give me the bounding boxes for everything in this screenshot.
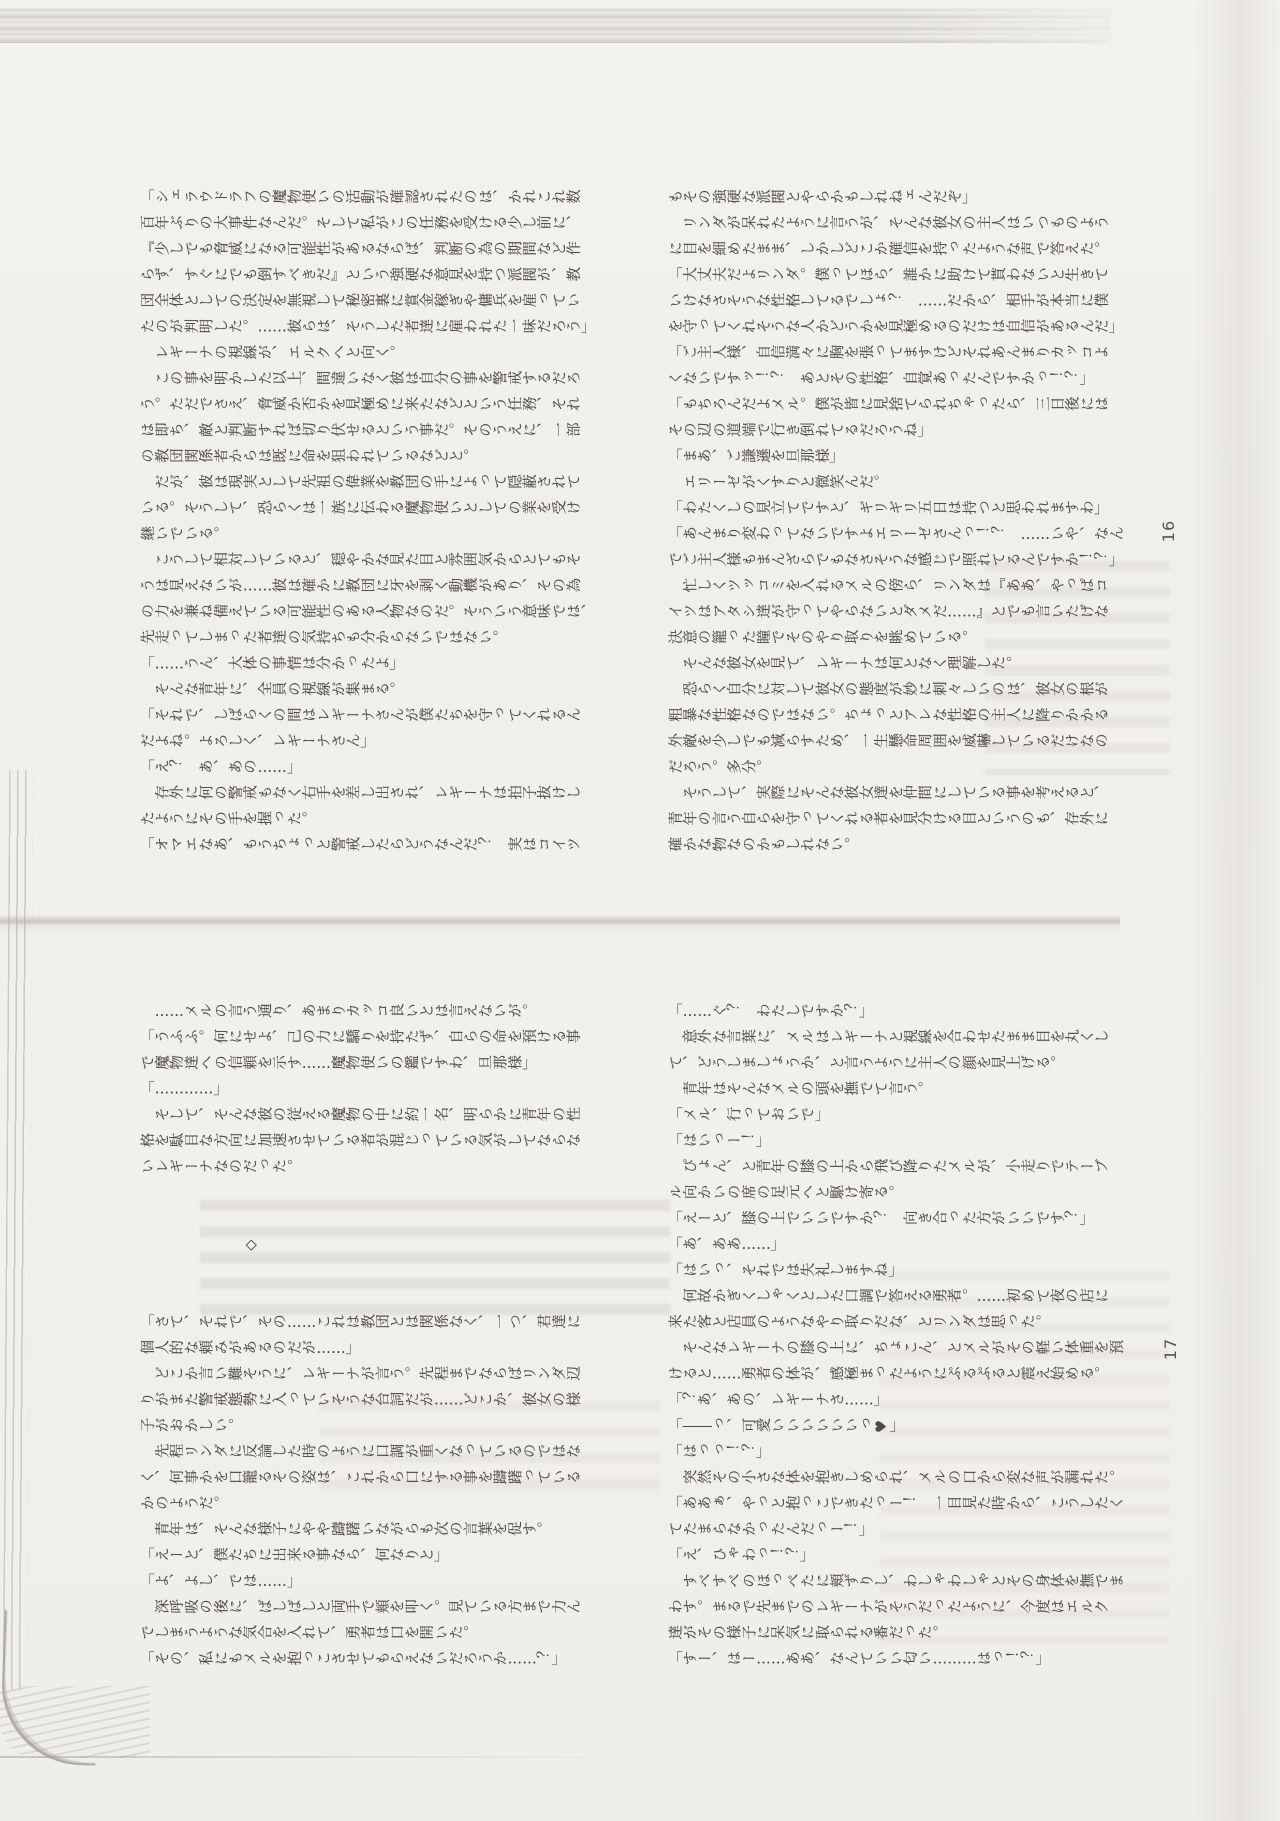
text-column-line: 「すー、はー……ああ、なんていい匂い………はっ！？」 xyxy=(668,1648,1158,1674)
text-column-line xyxy=(140,1207,660,1233)
text-column-line: うは見えないが……彼は確かに教団に牙を剥く動機があり、その為 xyxy=(140,575,660,601)
text-column-line: たようにその手を握った。 xyxy=(140,808,660,834)
text-column-line: 「よ、よし、では……」 xyxy=(140,1570,660,1596)
text-column-line: 「もちろんだよメル。僕が皆に見捨てられちゃったら、三日後には xyxy=(668,393,1158,419)
text-column-line: 「うふふ。何にせよ、己の力に驕りを持たず、自らの命を預ける事 xyxy=(140,1026,660,1052)
text-column-line: すべすべのほっぺたに頬ずりし、わしゃわしゃとその身体を撫でま xyxy=(668,1570,1158,1596)
text-column-line: 団全体としての決定を無視して秘密裏に賞金稼ぎや傭兵を雇ってい xyxy=(140,290,660,316)
text-column-line: この事を明かした以上、間違いなく彼は自分の事を警戒するだろ xyxy=(140,367,660,393)
text-column-line: イツはアタシ達が守ってやらないとダメだ……』とでも言いたげな xyxy=(668,601,1158,627)
text-column-line: 突然その小さな体を抱きしめられ、メルの口から変な声が漏れた。 xyxy=(668,1466,1158,1492)
page17-lower-dan-columns: 「……ぐ？ わたしですか？」 意外な言葉に、メルはレギーナと視線を合わせたまま目… xyxy=(668,1000,1158,1674)
text-column-line: もその強硬な派閥とやらかもしれねェんだぞ」 xyxy=(668,186,1158,212)
text-column-line: 『少しでも脅威になる可能性があるならば、判断の為の期間など作 xyxy=(140,238,660,264)
text-column-line: こうして相対していると、穏やかな見た目と雰囲気からとてもそ xyxy=(140,549,660,575)
text-column-line: 「メル、行っておいで」 xyxy=(668,1104,1158,1130)
text-column-line: 先程リンダに反論した時のように口調が重くなっているのではな xyxy=(140,1440,660,1466)
text-column-line: ◇ xyxy=(140,1233,660,1259)
text-column-line: らず、すぐにでも倒すべきだ』という強硬な意見を持つ派閥が、教 xyxy=(140,264,660,290)
text-column-line: かのようだ。 xyxy=(140,1492,660,1518)
text-column-line: 外敵を少しでも減らすため、一生懸命周囲を威嚇しているだけなの xyxy=(668,730,1158,756)
text-column-line: 個人的な頼みがあるのだが……」 xyxy=(140,1337,660,1363)
text-column-line: 何故かぎくしゃくとした口調で答える勇者。……初めて夜の店に xyxy=(668,1285,1158,1311)
text-column-line: 「ああぁ、やっと抱っこできたっー！ 一目見た時から、こうしたく xyxy=(668,1492,1158,1518)
page-number-16: 16 xyxy=(1155,515,1181,547)
text-column-line: 忙しくツッコミを入れるメルの傍ら、リンダは『ああ、やっぱコ xyxy=(668,575,1158,601)
text-column-line: 存外に何の警戒もなく右手を差し出され、レギーナは拍子抜けし xyxy=(140,782,660,808)
text-column-line: たのが判明した。……彼らは、そうした者達に雇われた一味だろう」 xyxy=(140,316,660,342)
text-column-line: 「はいっー！」 xyxy=(668,1130,1158,1156)
page-stack-lines-left xyxy=(3,770,33,1690)
text-column-line: だろう。多分。 xyxy=(668,756,1158,782)
page16-upper-dan-columns: 「シェラウドラフの魔物使いの活動が確認されたのは、かれこれ数百年ぶりの大事件なん… xyxy=(140,186,660,860)
text-column-line: 意外な言葉に、メルはレギーナと視線を合わせたまま目を丸くし xyxy=(668,1026,1158,1052)
text-column-line: 深呼吸の後に、ばしばしと両手で頬を叩く。見ている方まで力ん xyxy=(140,1596,660,1622)
page-stack-corner-stripes xyxy=(0,1686,150,1758)
text-column-line: そうして、実際にそんな彼女達を仲間にしている事を考えると、 xyxy=(668,782,1158,808)
text-column-line: 「オマエなあ、もうちょっと警戒したらどうなんだ？ 実はコイツ xyxy=(140,834,660,860)
text-column-line: てたまらなかったんだっー！」 xyxy=(668,1518,1158,1544)
text-column-line: 「それで、しばらくの間はレギーナさんが僕たちを守ってくれるん xyxy=(140,704,660,730)
text-column-line: 青年は、そんな様子にやや躊躇いながらも次の言葉を促す。 xyxy=(140,1518,660,1544)
text-column-line: 「あんまり変わってないですよエリーゼさんっ！？ ……いや、なん xyxy=(668,523,1158,549)
page17-upper-dan-text: ……メルの言う通り、あまりカッコ良いとは言えないが。「うふふ。何にせよ、己の力に… xyxy=(140,1000,660,1674)
text-column-line: 達がその様子に呆気に取られる番だった。 xyxy=(668,1622,1158,1648)
text-column-line: わす。まるで先までのレギーナがそうだったように、今度はエルク xyxy=(668,1596,1158,1622)
text-column-line: 「？あ、あの、レギーナさ……」 xyxy=(668,1389,1158,1415)
text-column-line: だよね。よろしく、レギーナさん」 xyxy=(140,730,660,756)
page-fold-shadow xyxy=(0,914,1120,932)
text-column-line: でしまうような気合を入れて、勇者は口を開いた。 xyxy=(140,1622,660,1648)
text-column-line: リンダが呆れたように言うが、そんな彼女の主人はいつものよう xyxy=(668,212,1158,238)
text-column-line: 格を駄目な方向に加速させている者が混じっている気がしてならな xyxy=(140,1130,660,1156)
text-column-line: 来た客と店員のようなやり取りだな、とリンダは思った。 xyxy=(668,1311,1158,1337)
page-number-17: 17 xyxy=(1157,1333,1183,1365)
text-column-line: ぴょん、と青年の膝の上から飛び降りたメルが、小走りでテーブ xyxy=(668,1155,1158,1181)
text-column-line: 「さて、それで、その……これは教団とは関係なく、一つ、君達に xyxy=(140,1311,660,1337)
text-column-line: 「はいっ、それでは失礼しますね」 xyxy=(668,1259,1158,1285)
text-column-line: レギーナの視線が、エルクへと向く。 xyxy=(140,341,660,367)
text-column-line: 「――っ、可愛いいいいいいっ♥」 xyxy=(668,1415,1158,1441)
text-column-line: ……メルの言う通り、あまりカッコ良いとは言えないが。 xyxy=(140,1000,660,1026)
text-column-line: に目を細めたまま、しかしどこか確信を持ったような声で答えた。 xyxy=(668,238,1158,264)
text-column-line: りがまた警戒態勢に入っていそうな台詞だが……どこか、彼女の様 xyxy=(140,1389,660,1415)
text-column-line: そして、そんな彼の従える魔物の中に約一名、明らかに青年の性 xyxy=(140,1104,660,1130)
text-column-line: そんな彼女を見て、レギーナは何となく理解した。 xyxy=(668,652,1158,678)
text-column-line: 恐らく自分に対して彼女の態度が妙に刺々しいのは、彼女の根が xyxy=(668,678,1158,704)
text-column-line: て、どうしましょうか、と言うように主人の顔を見上げる。 xyxy=(668,1052,1158,1078)
page-number-17-label: 17 xyxy=(1161,1338,1180,1360)
text-column-line: を守ってくれそうな人かどうかを見極めるのだけは自信があるんだ」 xyxy=(668,316,1158,342)
text-column-line: く、何事かを口籠るその姿は、これから口にする事を躊躇っている xyxy=(140,1466,660,1492)
page17-upper-dan-columns: ……メルの言う通り、あまりカッコ良いとは言えないが。「うふふ。何にせよ、己の力に… xyxy=(140,1000,660,1674)
text-column-line: くないですッ！？ あとその性格、自覚あったんですかっ！？」 xyxy=(668,367,1158,393)
text-column-line: そんな青年に、全員の視線が集まる。 xyxy=(140,678,660,704)
text-column-line: だが、彼は現実として先祖の偉業を教団の手によって隠蔽されて xyxy=(140,471,660,497)
text-column-line: 「まあ、ご謙遜を旦那様」 xyxy=(668,445,1158,471)
text-column-line: 粗暴な性格なのではない。ちょっとアレな性格の主人に降りかかる xyxy=(668,704,1158,730)
text-column-line: 「え？ あ、あの……」 xyxy=(140,756,660,782)
text-column-line xyxy=(140,1259,660,1285)
text-column-line: どこか言い難そうに、レギーナが言う。先程までならばリンダ辺 xyxy=(140,1363,660,1389)
page16-lower-dan-columns: もその強硬な派閥とやらかもしれねェんだぞ」 リンダが呆れたように言うが、そんな彼… xyxy=(668,186,1158,860)
text-column-line: 「大丈夫だよリンダ。僕ってほら、誰かに助けて貰わないと生きて xyxy=(668,264,1158,290)
text-column-line xyxy=(140,1285,660,1311)
text-column-line: けると……勇者の体が、感極まったようにぷるぷると震え始める。 xyxy=(668,1363,1158,1389)
text-column-line: 「……うん、大体の事情は分かったよ」 xyxy=(140,652,660,678)
text-column-line: の教団関係者からは既に命を狙われているなどと。 xyxy=(140,445,660,471)
text-column-line: 「えーと、膝の上でいいですか？ 向き合った方がいいです？」 xyxy=(668,1207,1158,1233)
text-column-line: エリーゼがくすりと微笑んだ。 xyxy=(668,471,1158,497)
text-column-line: いる。そうして、恐らくは一族に伝わる魔物使いとしての業を受け xyxy=(140,497,660,523)
text-column-line xyxy=(140,1181,660,1207)
text-column-line: 「……ぐ？ わたしですか？」 xyxy=(668,1000,1158,1026)
text-column-line: う。ただでさえ、脅威か否かを見極めに来たなどという任務、それ xyxy=(140,393,660,419)
text-column-line: の力を兼ね備えている可能性のある人物なのだ。そういう意味では、 xyxy=(140,601,660,627)
text-column-line: 「あ、ああ……」 xyxy=(668,1233,1158,1259)
text-column-line: 百年ぶりの大事件なんだ。そして私がこの任務を受ける少し前に、 xyxy=(140,212,660,238)
text-column-line: いレギーナなのだった。 xyxy=(140,1155,660,1181)
text-column-line: 子がおかしい。 xyxy=(140,1415,660,1441)
page16-upper-dan-text: 「シェラウドラフの魔物使いの活動が確認されたのは、かれこれ数百年ぶりの大事件なん… xyxy=(140,186,660,860)
text-column-line: 決意の籠った瞳でそのやり取りを眺めている。 xyxy=(668,626,1158,652)
page16-lower-dan-text: もその強硬な派閥とやらかもしれねェんだぞ」 リンダが呆れたように言うが、そんな彼… xyxy=(668,186,1158,860)
text-column-line: は即ち、敵と判断すれば切り伏せるという事だ。そのうえに、一部 xyxy=(140,419,660,445)
text-column-line: でご主人様もまんざらでもなさそうな感じで照れてるんですか！？」 xyxy=(668,549,1158,575)
text-column-line: 「え、ひゃわっ！？」 xyxy=(668,1544,1158,1570)
text-column-line: 「はっっ！？」 xyxy=(668,1440,1158,1466)
text-column-line: 「その、私にもメルを抱っこさせてもらえないだろうか……？」 xyxy=(140,1648,660,1674)
page-bottom-edge-line xyxy=(0,1756,640,1758)
text-column-line: 「ご主人様、自信満々に胸を張ってますけどそれあんまりカッコよ xyxy=(668,341,1158,367)
text-column-line: その辺の道端で行き倒れてるだろうね」 xyxy=(668,419,1158,445)
text-column-line: 確かな物なのかもしれない。 xyxy=(668,834,1158,860)
text-column-line: そんなレギーナの膝の上に、ちょこん、とメルがその軽い体重を預 xyxy=(668,1337,1158,1363)
page17-lower-dan-text: 「……ぐ？ わたしですか？」 意外な言葉に、メルはレギーナと視線を合わせたまま目… xyxy=(668,1000,1158,1674)
text-column-line: 「わたくしの見立てですと、ギリギリ五日は持つと思われますわ」 xyxy=(668,497,1158,523)
text-column-line: いけなさそうな性格してるでしょ？ ……だから、相手が本当に僕 xyxy=(668,290,1158,316)
text-column-line: ル向かいの席の足元へと駆け寄る。 xyxy=(668,1181,1158,1207)
text-column-line: 「シェラウドラフの魔物使いの活動が確認されたのは、かれこれ数 xyxy=(140,186,660,212)
text-column-line: 先走ってしまった者達の気持ちも分からないではない。 xyxy=(140,626,660,652)
text-column-line: 青年の言う自らを守ってくれる者を見分ける目というのも、存外に xyxy=(668,808,1158,834)
text-column-line: 「…………」 xyxy=(140,1078,660,1104)
text-column-line: 継いでいる。 xyxy=(140,523,660,549)
text-column-line: 青年はそんなメルの頭を撫でて言う。 xyxy=(668,1078,1158,1104)
text-column-line: で魔物達への信頼を示す……魔物使いの鑑ですわ、旦那様」 xyxy=(140,1052,660,1078)
page-number-16-label: 16 xyxy=(1159,520,1178,542)
scanned-book-spread: 「シェラウドラフの魔物使いの活動が確認されたのは、かれこれ数百年ぶりの大事件なん… xyxy=(0,0,1280,1821)
page-right-edge-shading xyxy=(1190,0,1280,1821)
text-column-line: 「えーと、僕たちに出来る事なら、何なりと」 xyxy=(140,1544,660,1570)
